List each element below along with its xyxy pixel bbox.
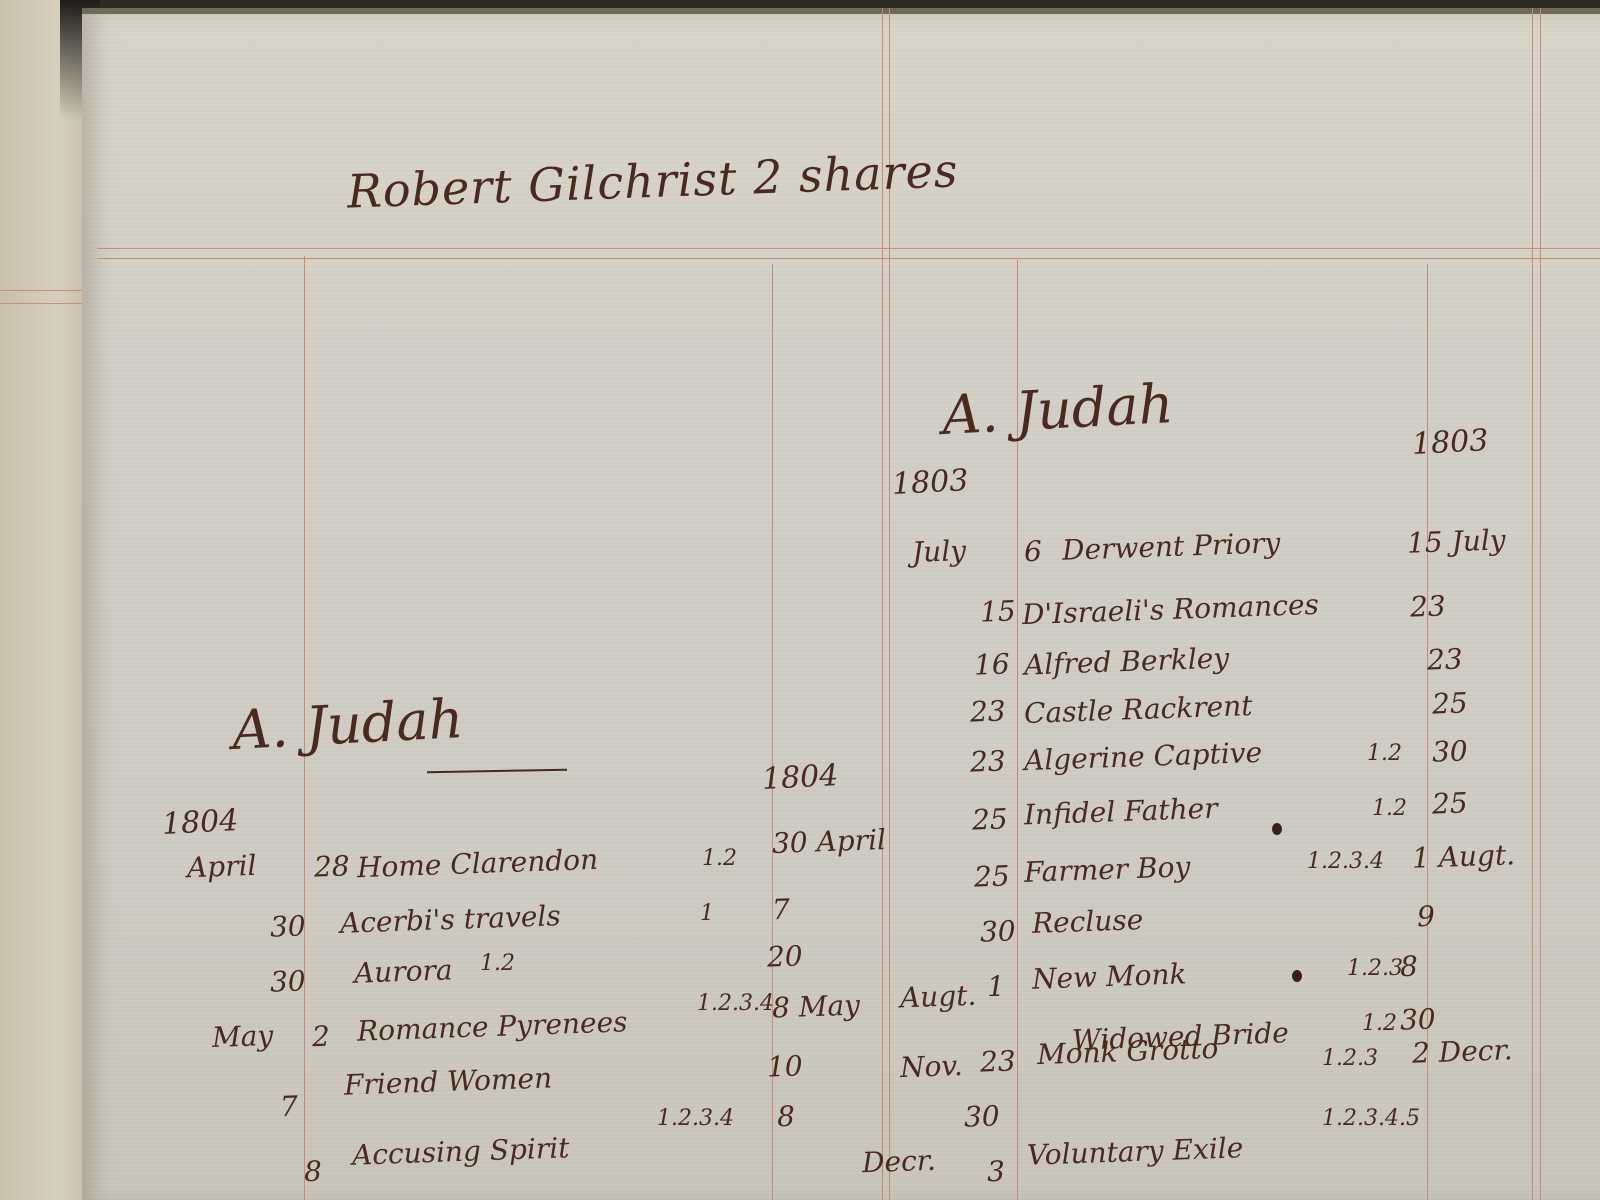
entry-month: May xyxy=(212,1022,274,1052)
entry-title: New Monk xyxy=(1032,960,1187,993)
header-rule xyxy=(97,258,1600,259)
entry-day: 7 xyxy=(280,1093,299,1122)
entry-volumes: 1.2 xyxy=(1367,743,1402,765)
entry-day: 25 xyxy=(972,805,1009,834)
entry-volumes: 1.2.3.4.5 xyxy=(1322,1108,1420,1130)
header-rule xyxy=(97,248,1600,249)
entry-return: 7 xyxy=(772,896,791,925)
entry-month: Decr. xyxy=(862,1147,937,1178)
entry-day: 23 xyxy=(970,747,1007,776)
entry-return: 2 Decr. xyxy=(1412,1036,1514,1067)
entry-day: 23 xyxy=(980,1047,1017,1076)
entry-title: Farmer Boy xyxy=(1024,853,1191,887)
entry-return: 25 xyxy=(1432,689,1469,718)
entry-title: Friend Women xyxy=(344,1064,553,1099)
entry-return: 15 July xyxy=(1407,526,1506,557)
entry-day: 6 xyxy=(1024,538,1043,567)
entry-volumes: 1.2 xyxy=(480,953,515,975)
entry-volumes: 1.2.3 xyxy=(1322,1048,1378,1070)
entry-return: 23 xyxy=(1410,592,1447,621)
entry-volumes: 1.2 xyxy=(1372,798,1407,820)
entry-volumes: 1.2.3 xyxy=(1347,958,1403,980)
entry-day: 23 xyxy=(970,697,1007,726)
entry-return: 8 xyxy=(1400,953,1419,982)
entry-return: 20 xyxy=(767,942,804,971)
column-rule-edge xyxy=(1540,8,1541,1200)
ink-blot xyxy=(1292,970,1302,982)
year-right: 1804 xyxy=(761,761,839,795)
entry-day: 3 xyxy=(987,1158,1006,1187)
entry-return: 9 xyxy=(1417,903,1436,932)
column-rule-edge xyxy=(1532,8,1533,1200)
entry-volumes: 1.2.3.4 xyxy=(697,993,774,1015)
rule-line xyxy=(0,303,85,304)
entry-volumes: 1 xyxy=(700,903,714,925)
entry-title: Accusing Spirit xyxy=(352,1134,570,1170)
entry-return: 1 Augt. xyxy=(1412,841,1516,873)
entry-day: 30 xyxy=(270,912,307,941)
entry-month: Augt. xyxy=(900,982,977,1013)
entry-month: Nov. xyxy=(900,1052,964,1082)
entry-title: Infidel Father xyxy=(1024,795,1218,830)
section-heading-right: A. Judah xyxy=(941,377,1175,443)
entry-volumes: 1.2 xyxy=(702,848,737,870)
entry-title: Algerine Captive xyxy=(1024,739,1263,775)
entry-title: Romance Pyrenees xyxy=(357,1008,628,1045)
entry-day: 30 xyxy=(270,967,307,996)
entry-return: 30 April xyxy=(772,826,887,858)
entry-return: 30 xyxy=(1432,737,1469,766)
entry-return: 23 xyxy=(1427,645,1464,674)
ledger-title: Robert Gilchrist 2 shares xyxy=(346,147,959,214)
entry-title: Aurora xyxy=(354,956,453,987)
entry-day: 28 xyxy=(314,852,351,881)
entry-title: Voluntary Exile xyxy=(1027,1134,1244,1170)
entry-title: Castle Rackrent xyxy=(1024,692,1253,728)
entry-volumes: 1.2.3.4 xyxy=(1307,851,1384,873)
entry-day: 15 xyxy=(980,597,1017,626)
entry-title: Home Clarendon xyxy=(357,846,599,882)
year-left-right-section: 1803 xyxy=(891,466,969,500)
ledger-page: Robert Gilchrist 2 shares A. Judah 1804 … xyxy=(82,8,1600,1200)
entry-title: Recluse xyxy=(1032,906,1144,938)
entry-day: 30 xyxy=(964,1102,1001,1131)
rule-line xyxy=(0,290,85,291)
entry-day: 1 xyxy=(987,973,1006,1002)
page-top-edge xyxy=(82,8,1600,14)
entry-day: 8 xyxy=(304,1158,323,1187)
entry-return: 30 xyxy=(1400,1005,1437,1034)
entry-volumes: 1.2.3.4 xyxy=(657,1108,734,1130)
entry-title: Acerbi's travels xyxy=(340,902,562,938)
entry-return: 10 xyxy=(767,1052,804,1081)
entry-month: July xyxy=(912,537,967,567)
entry-title: Derwent Priory xyxy=(1062,529,1281,565)
entry-day: 16 xyxy=(974,650,1011,679)
entry-return: 8 xyxy=(777,1103,796,1132)
heading-underline xyxy=(427,769,567,773)
entry-day: 30 xyxy=(980,917,1017,946)
entry-title: D'Israeli's Romances xyxy=(1022,591,1320,629)
year-right-right-section: 1803 xyxy=(1411,426,1489,460)
entry-title: Monk Grotto xyxy=(1037,1035,1219,1069)
entry-volumes: 1.2 xyxy=(1362,1013,1397,1035)
entry-month: April xyxy=(187,852,257,882)
entry-day: 2 xyxy=(312,1023,331,1052)
ink-blot xyxy=(1272,823,1282,835)
entry-title: Alfred Berkley xyxy=(1024,644,1230,679)
entry-return: 8 May xyxy=(772,991,861,1022)
year-left: 1804 xyxy=(161,806,239,840)
entry-return: 25 xyxy=(1432,789,1469,818)
entry-day: 25 xyxy=(974,862,1011,891)
section-heading-left: A. Judah xyxy=(231,692,465,758)
